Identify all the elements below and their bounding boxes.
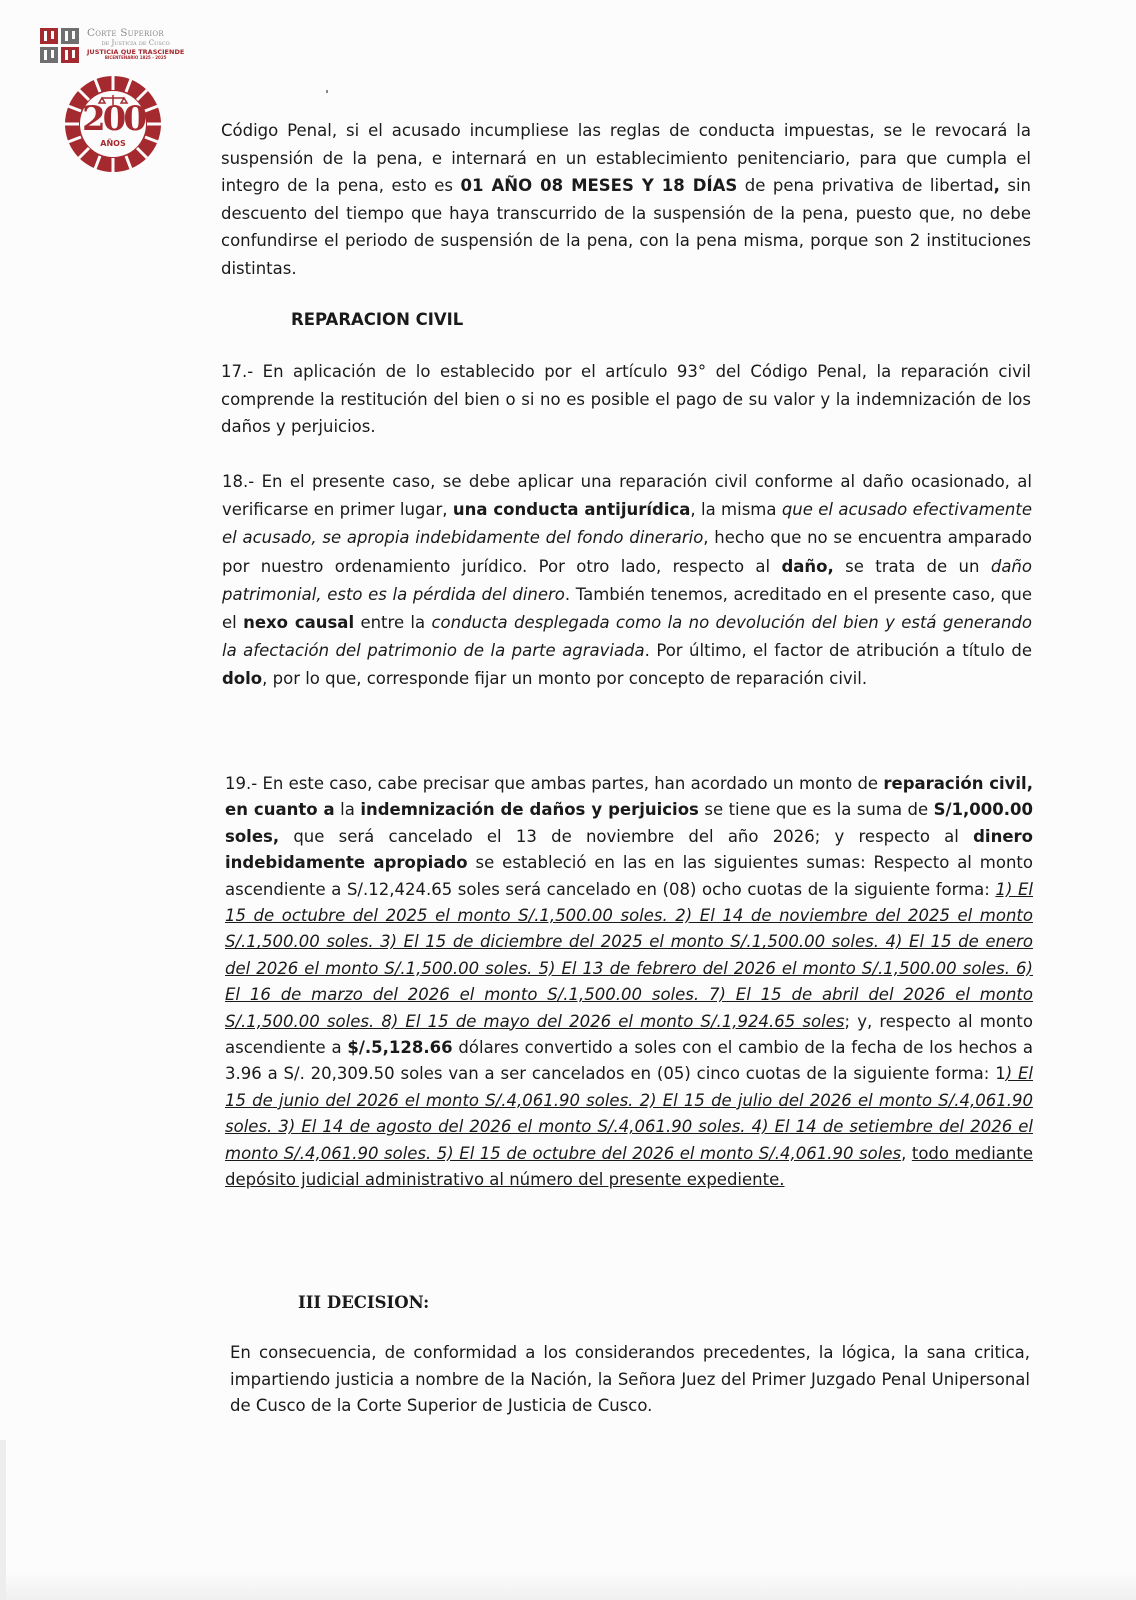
section-heading-reparacion-civil: REPARACION CIVIL xyxy=(291,310,463,329)
pj-emblem-icon xyxy=(40,28,79,63)
section-heading-decision: III DECISION: xyxy=(298,1293,429,1312)
paragraph-17-text: 17.- En aplicación de lo establecido por… xyxy=(221,358,1031,441)
paragraph-18: 18.- En el presente caso, se debe aplica… xyxy=(222,468,1032,694)
logo-line-2: de Justicia de Cusco xyxy=(87,40,184,47)
paragraph-19: 19.- En este caso, cabe precisar que amb… xyxy=(225,771,1033,1194)
p18-bold: una conducta antijurídica xyxy=(453,500,691,519)
logo-text: Corte Superior de Justicia de Cusco JUST… xyxy=(87,28,184,60)
p18-text: , la misma xyxy=(690,500,781,519)
p18-text: , por lo que, corresponde fijar un monto… xyxy=(262,669,867,688)
pj-block-icon xyxy=(61,28,79,44)
p18-bold: daño, xyxy=(781,557,833,576)
paragraph-17: 17.- En aplicación de lo establecido por… xyxy=(221,358,1031,441)
bicentennial-seal: 200 AÑOS xyxy=(62,73,164,175)
page-bottom-shade xyxy=(0,1570,1136,1600)
court-logo: Corte Superior de Justicia de Cusco JUST… xyxy=(40,28,190,175)
pj-block-icon xyxy=(40,47,58,63)
p19-text: que será cancelado el 13 de noviembre de… xyxy=(279,827,973,846)
intro-text: de pena privativa de libertad xyxy=(737,176,993,195)
pj-block-icon xyxy=(40,28,58,44)
p19-text: se tiene que es la suma de xyxy=(699,800,934,819)
p19-text: 19.- En este caso, cabe precisar que amb… xyxy=(225,774,883,793)
logo-line-1: Corte Superior xyxy=(87,28,184,39)
pj-block-icon xyxy=(61,47,79,63)
p18-text: entre la xyxy=(354,613,431,632)
seal-label: AÑOS xyxy=(62,139,164,148)
logo-line-4: BICENTENARIO 1825 - 2025 xyxy=(87,56,184,60)
p18-text: se trata de un xyxy=(834,557,991,576)
intro-paragraph: Código Penal, si el acusado incumpliese … xyxy=(221,117,1031,282)
scan-mark xyxy=(326,90,328,93)
sentence-duration: 01 AÑO 08 MESES Y 18 DÍAS xyxy=(461,176,738,195)
p19-text: , xyxy=(901,1144,912,1163)
seal-number: 200 xyxy=(62,99,164,139)
decision-paragraph: En consecuencia, de conformidad a los co… xyxy=(230,1340,1030,1420)
p18-text: . Por último, el factor de atribución a … xyxy=(645,641,1032,660)
p18-bold: dolo xyxy=(222,669,262,688)
p19-text: la xyxy=(335,800,361,819)
p19-bold: indemnización de daños y perjuicios xyxy=(360,800,699,819)
page-left-edge xyxy=(0,1440,6,1600)
p18-bold: nexo causal xyxy=(243,613,354,632)
installments-soles: 1) El 15 de octubre del 2025 el monto S/… xyxy=(225,880,1033,1031)
decision-text: En consecuencia, de conformidad a los co… xyxy=(230,1340,1030,1420)
p19-amount-dollars: $/.5,128.66 xyxy=(347,1038,452,1057)
logo-header: Corte Superior de Justicia de Cusco JUST… xyxy=(40,28,190,63)
